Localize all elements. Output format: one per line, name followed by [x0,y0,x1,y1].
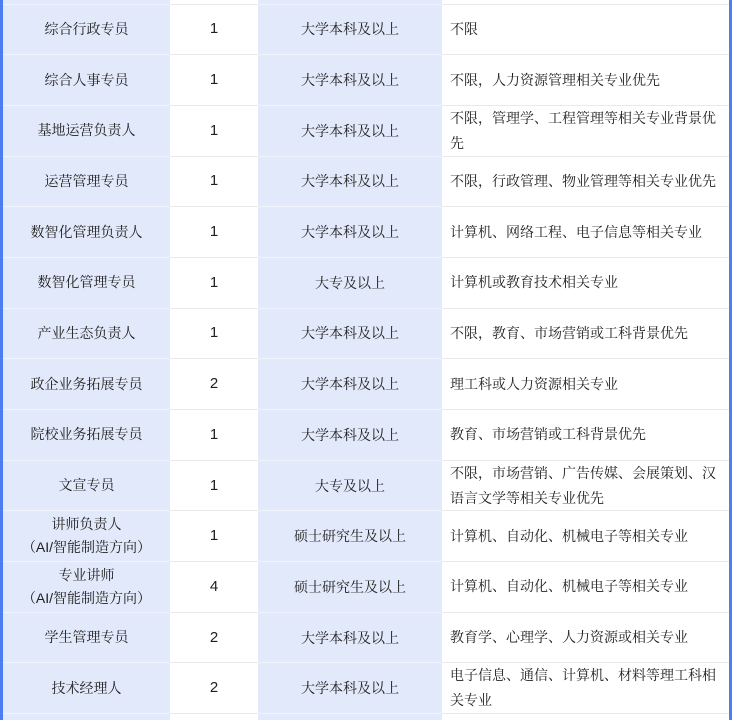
position-cell: 数智化管理专员 [3,258,170,309]
headcount-cell: 1 [170,258,258,309]
major-cell: 理工科或人力资源相关专业 [442,359,729,410]
headcount-cell: 2 [170,663,258,714]
table-row: 政企业务拓展专员 2 大学本科及以上 理工科或人力资源相关专业 [3,359,729,410]
education-cell: 硕士研究生及以上 [258,511,442,562]
table-row: 运营管理专员 1 大学本科及以上 不限，行政管理、物业管理等相关专业优先 [3,157,729,208]
headcount-cell: 1 [170,410,258,461]
table-row: 讲师负责人 （AI/智能制造方向） 1 硕士研究生及以上 计算机、自动化、机械电… [3,511,729,562]
position-cell: 综合人事专员 [3,55,170,106]
headcount-cell: 1 [170,511,258,562]
table-row: 学生管理专员 2 大学本科及以上 教育学、心理学、人力资源或相关专业 [3,613,729,664]
table-row: 技术经理人 2 大学本科及以上 电子信息、通信、计算机、材料等理工科相关专业 [3,663,729,714]
table-left-accent-border [0,0,3,720]
position-cell: 数智化管理负责人 [3,207,170,258]
major-cell: 计算机、自动化、机械电子等相关专业 [442,562,729,613]
headcount-cell: 1 [170,157,258,208]
position-cell: 专业讲师 （AI/智能制造方向） [3,562,170,613]
position-cell: 政企业务拓展专员 [3,359,170,410]
table-right-accent-border [729,0,732,720]
headcount-cell: 2 [170,359,258,410]
major-cell: 教育、市场营销或工科背景优先 [442,410,729,461]
education-cell: 大学本科及以上 [258,55,442,106]
education-cell: 大专及以上 [258,258,442,309]
education-cell: 大学本科及以上 [258,5,442,56]
table-row: 产业生态负责人 1 大学本科及以上 不限，教育、市场营销或工科背景优先 [3,309,729,360]
education-cell: 大专及以上 [258,461,442,512]
education-cell [258,714,442,720]
headcount-cell: 1 [170,5,258,56]
table-row: 数智化管理专员 1 大专及以上 计算机或教育技术相关专业 [3,258,729,309]
position-cell: 技术经理人 [3,663,170,714]
table-row: 文宣专员 1 大专及以上 不限，市场营销、广告传媒、会展策划、汉语言文学等相关专… [3,461,729,512]
education-cell: 大学本科及以上 [258,613,442,664]
education-cell: 大学本科及以上 [258,207,442,258]
education-cell: 大学本科及以上 [258,359,442,410]
position-cell: 文宣专员 [3,461,170,512]
headcount-cell: 1 [170,309,258,360]
position-cell: 讲师负责人 （AI/智能制造方向） [3,511,170,562]
major-cell [442,714,729,720]
position-cell: 院校业务拓展专员 [3,410,170,461]
position-cell: 运营管理专员 [3,157,170,208]
table-row: 基地运营负责人 1 大学本科及以上 不限，管理学、工程管理等相关专业背景优先 [3,106,729,157]
table-row: 院校业务拓展专员 1 大学本科及以上 教育、市场营销或工科背景优先 [3,410,729,461]
major-cell: 不限，管理学、工程管理等相关专业背景优先 [442,106,729,157]
major-cell: 不限，人力资源管理相关专业优先 [442,55,729,106]
recruitment-table-page: 综合行政专员 1 大学本科及以上 不限 综合人事专员 1 大学本科及以上 不限，… [0,0,738,720]
headcount-cell: 1 [170,106,258,157]
headcount-cell: 1 [170,207,258,258]
position-cell: 综合行政专员 [3,5,170,56]
major-cell: 计算机、网络工程、电子信息等相关专业 [442,207,729,258]
education-cell: 大学本科及以上 [258,106,442,157]
education-cell: 大学本科及以上 [258,663,442,714]
table-row: 数智化管理负责人 1 大学本科及以上 计算机、网络工程、电子信息等相关专业 [3,207,729,258]
major-cell: 电子信息、通信、计算机、材料等理工科相关专业 [442,663,729,714]
recruitment-table: 综合行政专员 1 大学本科及以上 不限 综合人事专员 1 大学本科及以上 不限，… [3,0,729,720]
major-cell: 不限，教育、市场营销或工科背景优先 [442,309,729,360]
position-cell: 基地运营负责人 [3,106,170,157]
education-cell: 大学本科及以上 [258,157,442,208]
table-row: 综合行政专员 1 大学本科及以上 不限 [3,5,729,56]
major-cell: 不限，行政管理、物业管理等相关专业优先 [442,157,729,208]
major-cell: 教育学、心理学、人力资源或相关专业 [442,613,729,664]
education-cell: 大学本科及以上 [258,309,442,360]
headcount-cell: 2 [170,613,258,664]
education-cell: 大学本科及以上 [258,410,442,461]
table-row: 专业讲师 （AI/智能制造方向） 4 硕士研究生及以上 计算机、自动化、机械电子… [3,562,729,613]
major-cell: 不限 [442,5,729,56]
table-row: 综合人事专员 1 大学本科及以上 不限，人力资源管理相关专业优先 [3,55,729,106]
headcount-cell: 4 [170,562,258,613]
major-cell: 不限，市场营销、广告传媒、会展策划、汉语言文学等相关专业优先 [442,461,729,512]
position-cell [3,714,170,720]
education-cell: 硕士研究生及以上 [258,562,442,613]
headcount-cell: 1 [170,461,258,512]
major-cell: 计算机、自动化、机械电子等相关专业 [442,511,729,562]
position-cell: 产业生态负责人 [3,309,170,360]
headcount-cell: 1 [170,55,258,106]
headcount-cell [170,714,258,720]
partial-row-bottom [3,714,729,720]
major-cell: 计算机或教育技术相关专业 [442,258,729,309]
position-cell: 学生管理专员 [3,613,170,664]
